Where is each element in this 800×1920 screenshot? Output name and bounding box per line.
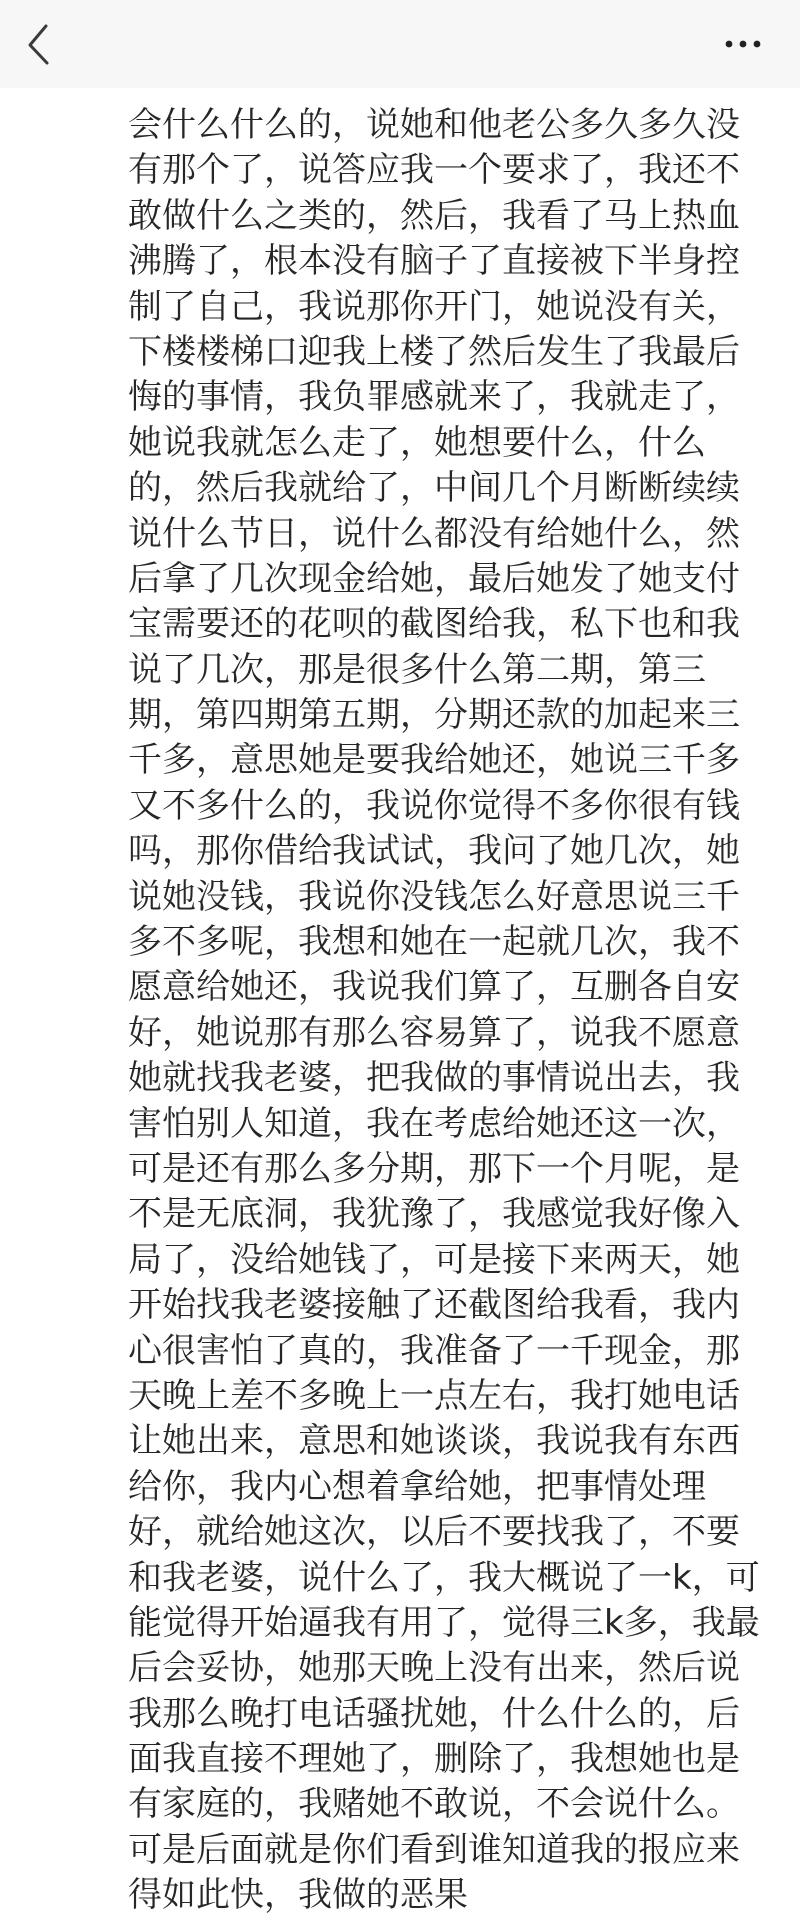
article-line: 能觉得开始逼我有用了，觉得三k多，我最 [128,1601,788,1646]
top-nav-bar [0,0,800,88]
article-line: 后会妥协，她那天晚上没有出来，然后说 [128,1646,788,1691]
article-line: 局了，没给她钱了，可是接下来两天，她 [128,1238,788,1283]
article-line: 吗，那你借给我试试，我问了她几次，她 [128,829,788,874]
article-line: 宝需要还的花呗的截图给我，私下也和我 [128,602,788,647]
article-line: 面我直接不理她了，删除了，我想她也是 [128,1737,788,1782]
article-line: 悔的事情，我负罪感就来了，我就走了， [128,375,788,420]
article-line: 好，就给她这次，以后不要找我了，不要 [128,1510,788,1555]
article-line: 制了自己，我说那你开门，她说没有关， [128,285,788,330]
more-options-button[interactable] [716,24,772,64]
article-line: 不是无底洞，我犹豫了，我感觉我好像入 [128,1192,788,1237]
article-line: 的，然后我就给了，中间几个月断断续续 [128,466,788,511]
article-body: 会什么什么的，说她和他老公多久多久没 有那个了，说答应我一个要求了，我还不 敢做… [128,103,788,1919]
article-line: 说了几次，那是很多什么第二期，第三 [128,648,788,693]
article-line: 我那么晚打电话骚扰她，什么什么的，后 [128,1692,788,1737]
article-line: 给你，我内心想着拿给她，把事情处理 [128,1465,788,1510]
article-line: 会什么什么的，说她和他老公多久多久没 [128,103,788,148]
article-line: 好，她说那有那么容易算了，说我不愿意 [128,1011,788,1056]
article-line: 愿意给她还，我说我们算了，互删各自安 [128,965,788,1010]
article-line: 说什么节日，说什么都没有给她什么，然 [128,512,788,557]
article-line: 期，第四期第五期，分期还款的加起来三 [128,693,788,738]
article-line: 有那个了，说答应我一个要求了，我还不 [128,148,788,193]
article-line: 和我老婆，说什么了，我大概说了一k，可 [128,1556,788,1601]
article-line: 又不多什么的，我说你觉得不多你很有钱 [128,784,788,829]
article-line: 沸腾了，根本没有脑子了直接被下半身控 [128,239,788,284]
article-line: 后拿了几次现金给她，最后她发了她支付 [128,557,788,602]
chevron-left-icon [18,16,60,74]
article-line: 开始找我老婆接触了还截图给我看，我内 [128,1283,788,1328]
article-line: 敢做什么之类的，然后，我看了马上热血 [128,194,788,239]
article-line: 可是还有那么多分期，那下一个月呢，是 [128,1147,788,1192]
more-horizontal-icon [716,24,772,64]
article-line: 得如此快，我做的恶果 [128,1873,788,1918]
article-line: 让她出来，意思和她谈谈，我说我有东西 [128,1419,788,1464]
article-line: 天晚上差不多晚上一点左右，我打她电话 [128,1374,788,1419]
article-line: 有家庭的，我赌她不敢说，不会说什么。 [128,1782,788,1827]
article-line: 说她没钱，我说你没钱怎么好意思说三千 [128,875,788,920]
article-line: 她就找我老婆，把我做的事情说出去，我 [128,1056,788,1101]
article-line: 她说我就怎么走了，她想要什么，什么 [128,421,788,466]
back-button[interactable] [18,16,60,74]
article-line: 下楼楼梯口迎我上楼了然后发生了我最后 [128,330,788,375]
article-line: 心很害怕了真的，我准备了一千现金，那 [128,1329,788,1374]
article-line: 害怕别人知道，我在考虑给她还这一次， [128,1102,788,1147]
article-line: 可是后面就是你们看到谁知道我的报应来 [128,1828,788,1873]
article-line: 多不多呢，我想和她在一起就几次，我不 [128,920,788,965]
article-line: 千多，意思她是要我给她还，她说三千多 [128,738,788,783]
